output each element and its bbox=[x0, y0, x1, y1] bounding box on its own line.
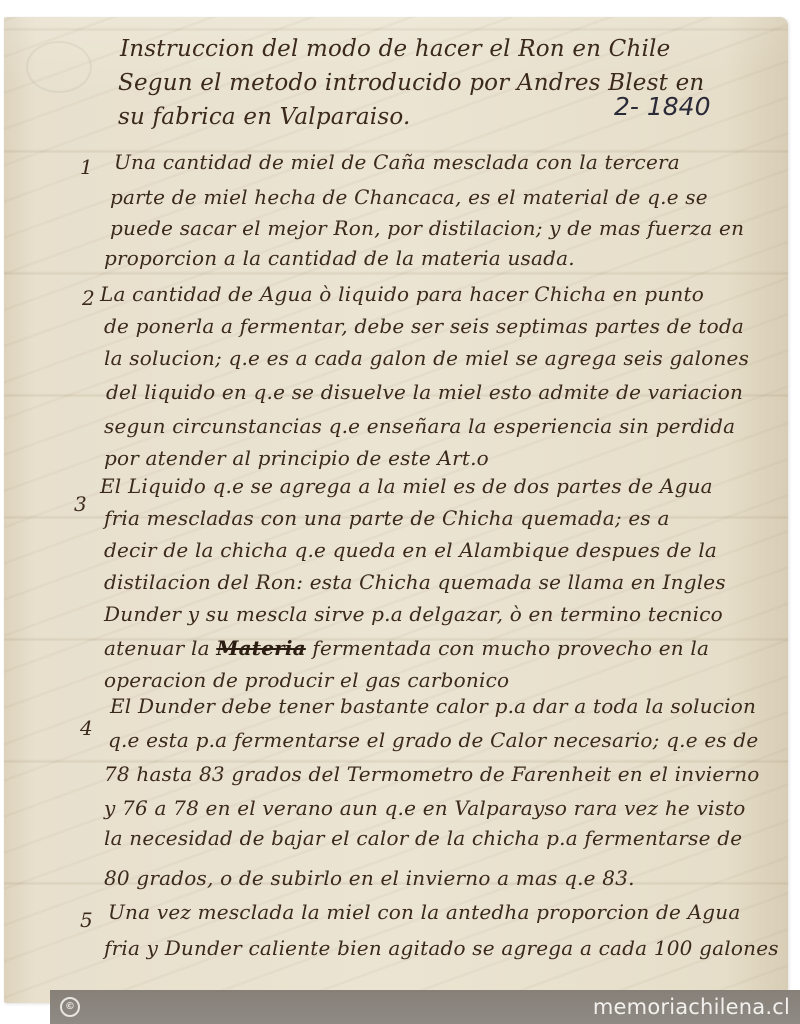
article-1-line-2: parte de miel hecha de Chancaca, es el m… bbox=[110, 185, 708, 209]
document-viewer: Instruccion del modo de hacer el Ron en … bbox=[0, 0, 800, 1024]
faded-seal-stamp bbox=[26, 41, 92, 93]
struck-through-word: Materia bbox=[216, 636, 306, 660]
article-2-line-6: por atender al principio de este Art.o bbox=[104, 446, 489, 470]
article-3-line-6: atenuar la Materia fermentada con mucho … bbox=[104, 636, 709, 660]
article-1-line-3: puede sacar el mejor Ron, por distilacio… bbox=[110, 216, 744, 240]
article-1-line-1: Una cantidad de miel de Caña mesclada co… bbox=[114, 150, 680, 174]
article-5-number: 5 bbox=[80, 908, 93, 932]
article-1-line-4: proporcion a la cantidad de la materia u… bbox=[104, 246, 575, 270]
archive-number: 2- 1840 bbox=[614, 92, 711, 121]
article-2-line-1: La cantidad de Agua ò liquido para hacer… bbox=[100, 282, 704, 306]
article-5-line-1: Una vez mesclada la miel con la antedha … bbox=[108, 900, 740, 924]
article-3-line-5: Dunder y su mescla sirve p.a delgazar, ò… bbox=[104, 602, 723, 626]
article-2-line-4: del liquido en q.e se disuelve la miel e… bbox=[106, 380, 743, 404]
article-3-line-6-part-1: atenuar la bbox=[104, 636, 216, 660]
article-4-line-1: El Dunder debe tener bastante calor p.a … bbox=[110, 694, 756, 718]
article-4-line-2: q.e esta p.a fermentarse el grado de Cal… bbox=[108, 728, 758, 752]
article-3-line-6-part-3: fermentada con mucho provecho en la bbox=[306, 636, 709, 660]
article-3-line-3: decir de la chicha q.e queda en el Alamb… bbox=[104, 538, 717, 562]
article-2-line-3: la solucion; q.e es a cada galon de miel… bbox=[104, 346, 749, 370]
article-3-number: 3 bbox=[74, 492, 87, 516]
article-3-line-1: El Liquido q.e se agrega a la miel es de… bbox=[100, 474, 713, 498]
article-4-line-3: 78 hasta 83 grados del Termometro de Far… bbox=[104, 762, 760, 786]
title-line-3: su fabrica en Valparaiso. bbox=[118, 104, 411, 130]
article-1-number: 1 bbox=[80, 155, 93, 179]
title-line-1: Instruccion del modo de hacer el Ron en … bbox=[120, 36, 670, 62]
site-watermark: memoriachilena.cl bbox=[593, 995, 790, 1019]
article-2-line-5: segun circunstancias q.e enseñara la esp… bbox=[104, 414, 735, 438]
article-5-line-2: fria y Dunder caliente bien agitado se a… bbox=[104, 936, 779, 960]
article-4-line-6: 80 grados, o de subirlo en el invierno a… bbox=[104, 866, 635, 890]
article-4-line-5: la necesidad de bajar el calor de la chi… bbox=[104, 826, 742, 850]
copyright-icon: © bbox=[60, 997, 80, 1017]
article-2-number: 2 bbox=[82, 286, 95, 310]
article-4-line-4: y 76 a 78 en el verano aun q.e en Valpar… bbox=[104, 796, 746, 820]
watermark-bar: © memoriachilena.cl bbox=[50, 990, 800, 1024]
article-3-line-4: distilacion del Ron: esta Chicha quemada… bbox=[104, 570, 726, 594]
article-2-line-2: de ponerla a fermentar, debe ser seis se… bbox=[104, 314, 744, 338]
article-3-line-2: fria mescladas con una parte de Chicha q… bbox=[104, 506, 670, 530]
article-4-number: 4 bbox=[80, 716, 93, 740]
article-3-line-7: operacion de producir el gas carbonico bbox=[104, 668, 509, 692]
